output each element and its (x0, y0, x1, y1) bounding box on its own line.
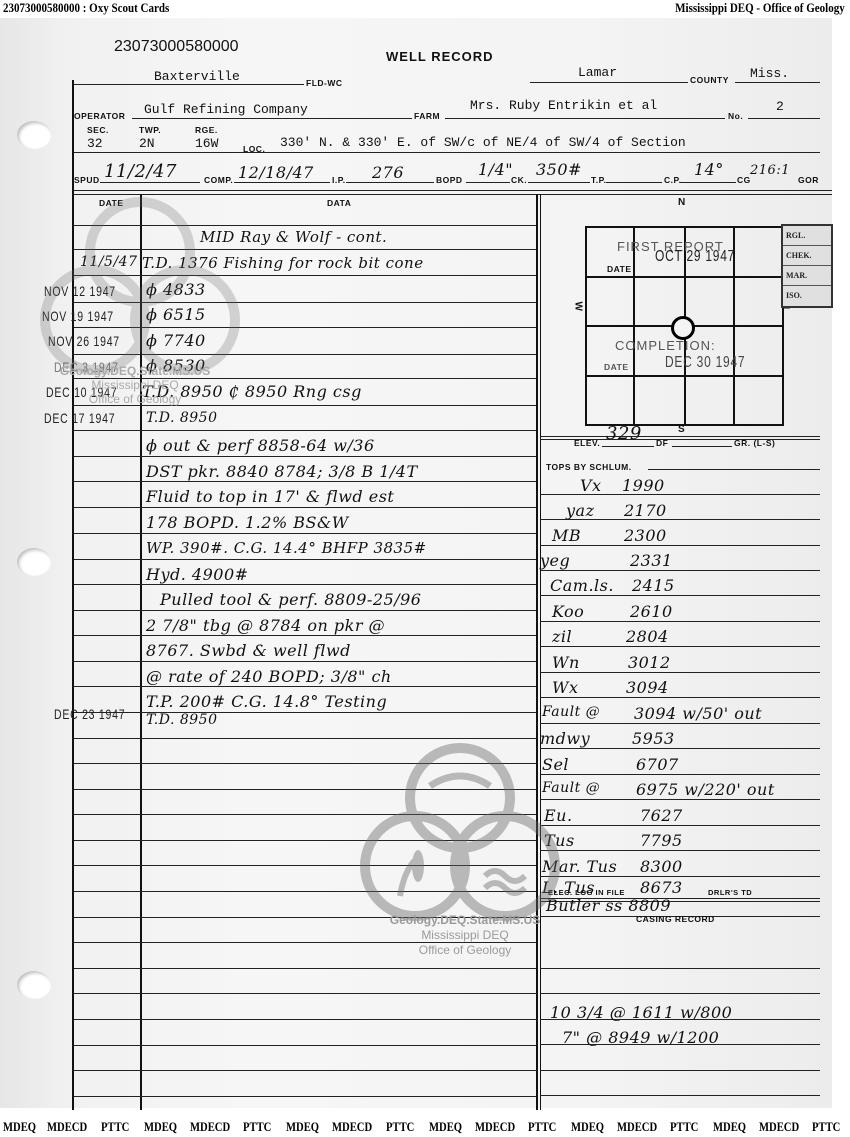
map-north-label: N (678, 197, 686, 208)
log-data: T.P. 200# C.G. 14.8° Testing (146, 692, 387, 711)
mdeq-watermark-logo (360, 736, 560, 936)
tp-label: T.P. (591, 175, 607, 185)
rge-value: 16W (195, 136, 218, 151)
top-depth: 6975 w/220' out (636, 780, 775, 799)
map-west-label: W (572, 302, 583, 312)
tp-value: 350# (536, 160, 582, 179)
farm-value: Mrs. Ruby Entrikin et al (470, 98, 657, 113)
ip-value: 276 (372, 163, 404, 182)
footer-item: MDECD (759, 1120, 799, 1135)
choke-value: 1/4" (478, 160, 513, 179)
top-depth: 2804 (626, 627, 669, 646)
field-value: Baxterville (154, 69, 240, 84)
top-depth: 7627 (640, 806, 683, 825)
top-name: Fault @ (542, 704, 600, 720)
top-depth: 3094 (626, 678, 669, 697)
footer-item: MDEQ (3, 1120, 36, 1135)
log-data: 8767. Swbd & well flwd (146, 641, 351, 660)
log-date-stamp: DEC 17 1947 (44, 410, 115, 426)
top-depth: 6707 (636, 755, 679, 774)
casing-entry: 7" @ 8949 w/1200 (562, 1028, 719, 1047)
log-data: ϕ out & perf 8858-64 w/36 (146, 436, 375, 455)
comp-label: COMP. (204, 175, 233, 185)
api-number: 23073000580000 (114, 38, 239, 56)
footer-item: MDEQ (144, 1120, 177, 1135)
form-title: WELL RECORD (386, 49, 494, 64)
initials-mar: MAR. (783, 266, 831, 286)
top-depth: 3094 w/50' out (634, 704, 762, 723)
log-data: @ rate of 240 BOPD; 3/8" ch (146, 667, 392, 686)
top-name: yaz (566, 501, 595, 520)
well-location-marker (671, 316, 695, 340)
top-name: MB (552, 526, 581, 545)
log-data: Fluid to top in 17' & flwd est (146, 487, 394, 506)
cp-value: 14° (694, 160, 724, 179)
footer-item: PTTC (101, 1120, 129, 1135)
section-location-map: FIRST REPORT DATE OCT 29 1947 COMPLETION… (585, 226, 784, 426)
log-data: T.D. 8950 (146, 410, 218, 426)
operator-value: Gulf Refining Company (144, 102, 308, 117)
gor-value: 216:1 (750, 163, 790, 178)
right-panel-divider (536, 194, 538, 1110)
spud-label: SPUD (74, 175, 100, 185)
spud-value: 11/2/47 (104, 161, 177, 182)
top-depth: 5953 (632, 729, 675, 748)
top-depth: 2300 (624, 526, 667, 545)
footer-bar: MDEQ MDECD PTTC MDEQ MDECD PTTC MDEQ MDE… (0, 1119, 850, 1137)
gor-label: GOR (798, 175, 819, 185)
log-data: 178 BOPD. 1.2% BS&W (146, 513, 349, 532)
farm-label: FARM (414, 111, 440, 121)
sec-value: 32 (87, 136, 103, 151)
binder-hole (17, 971, 51, 999)
top-depth: 8300 (640, 857, 683, 876)
bopd-label: BOPD (436, 175, 463, 185)
location-value: 330' N. & 330' E. of SW/c of NE/4 of SW/… (280, 135, 686, 150)
log-date-stamp: DEC 23 1947 (54, 706, 125, 722)
sec-label: SEC. (87, 125, 109, 135)
twp-value: 2N (139, 136, 155, 151)
completion-date-label: DATE (604, 362, 629, 372)
footer-item: PTTC (670, 1120, 698, 1135)
mdeq-watermark-logo-faint (40, 190, 240, 390)
initials-iso: ISO. (783, 286, 831, 305)
operator-label: OPERATOR (74, 111, 125, 121)
top-name: zil (552, 627, 572, 646)
state-value: Miss. (750, 66, 789, 81)
log-data: Hyd. 4900# (146, 565, 249, 584)
comp-value: 12/18/47 (238, 163, 314, 182)
top-depth: 2415 (632, 576, 675, 595)
butler-top: Butler ss 8809 (546, 896, 671, 915)
top-depth: 1990 (622, 476, 665, 495)
document-title: 23073000580000 : Oxy Scout Cards (3, 1, 169, 16)
log-data: Pulled tool & perf. 8809-25/96 (160, 590, 421, 609)
binder-hole (17, 121, 51, 149)
casing-record-label: CASING RECORD (636, 914, 715, 924)
footer-item: MDECD (617, 1120, 657, 1135)
well-no-value: 2 (776, 99, 784, 114)
top-depth: 7795 (640, 831, 683, 850)
watermark-url-faint: Geology.DEQ.State.MS.US (50, 364, 220, 378)
top-depth: 2170 (624, 501, 667, 520)
agency-title: Mississippi DEQ - Office of Geology (675, 1, 845, 16)
tops-label: TOPS BY SCHLUM. (546, 462, 632, 472)
watermark-agency-faint: Mississippi DEQ (50, 378, 220, 392)
cp-label: C.P. (664, 175, 681, 185)
footer-item: MDECD (475, 1120, 515, 1135)
log-data: 2 7/8" tbg @ 8784 on pkr @ (146, 616, 385, 635)
elev-value: 329 (606, 423, 642, 444)
initials-box: RGL. CHEK. MAR. ISO. (781, 224, 833, 308)
watermark-url: Geology.DEQ.State.MS.US (370, 913, 560, 927)
footer-item: PTTC (528, 1120, 556, 1135)
cg-label: CG (737, 175, 751, 185)
watermark-office-faint: Office of Geology (50, 392, 220, 406)
twp-label: TWP. (139, 125, 161, 135)
ip-label: I.P. (332, 175, 346, 185)
top-name: Vx (580, 476, 602, 495)
footer-item: MDECD (332, 1120, 372, 1135)
footer-item: MDECD (47, 1120, 87, 1135)
footer-item: PTTC (386, 1120, 414, 1135)
gr-label: GR. (L-S) (734, 438, 775, 448)
first-report-date-stamp: OCT 29 1947 (655, 248, 735, 266)
top-depth: 2331 (630, 551, 673, 570)
top-depth: 3012 (628, 653, 671, 672)
completion-date-stamp: DEC 30 1947 (665, 354, 745, 372)
first-report-date-label: DATE (607, 264, 632, 274)
top-name: Cam.ls. (550, 576, 614, 595)
binder-hole (17, 548, 51, 576)
log-data: DST pkr. 8840 8784; 3/8 B 1/4T (146, 462, 418, 481)
log-data: WP. 390#. C.G. 14.4° BHFP 3835# (146, 539, 427, 557)
completion-label: COMPLETION: (615, 338, 716, 353)
county-value: Lamar (578, 65, 617, 80)
ck-label: CK. (511, 175, 527, 185)
footer-item: PTTC (243, 1120, 271, 1135)
footer-item: PTTC (812, 1120, 840, 1135)
data-column-header: DATA (327, 198, 351, 208)
drlr-td-label: DRLR'S TD (708, 888, 752, 897)
rge-label: RGE. (195, 125, 218, 135)
top-depth: 2610 (630, 602, 673, 621)
footer-item: MDEQ (571, 1120, 604, 1135)
initials-rgl: RGL. (783, 226, 831, 246)
footer-item: MDECD (190, 1120, 230, 1135)
title-bar: 23073000580000 : Oxy Scout Cards Mississ… (0, 0, 850, 18)
log-data: T.D. 8950 (146, 712, 218, 728)
casing-entry: 10 3/4 @ 1611 w/800 (550, 1003, 732, 1022)
top-name: Wx (552, 678, 578, 697)
scout-card: 23073000580000 WELL RECORD Baxterville F… (0, 18, 832, 1108)
top-name: Wn (552, 653, 580, 672)
footer-item: MDEQ (286, 1120, 319, 1135)
watermark-agency: Mississippi DEQ (370, 928, 560, 942)
field-label: FLD-WC (306, 78, 343, 88)
no-label: No. (728, 111, 743, 121)
county-label: COUNTY (690, 75, 729, 85)
top-depth: 8673 (640, 878, 683, 897)
top-name: Koo (552, 602, 584, 621)
top-name: yeg (540, 551, 570, 570)
watermark-office: Office of Geology (370, 943, 560, 957)
df-label: DF (656, 438, 668, 448)
footer-item: MDEQ (713, 1120, 746, 1135)
elev-label: ELEV. (574, 438, 600, 448)
footer-item: MDEQ (429, 1120, 462, 1135)
initials-chek: CHEK. (783, 246, 831, 266)
